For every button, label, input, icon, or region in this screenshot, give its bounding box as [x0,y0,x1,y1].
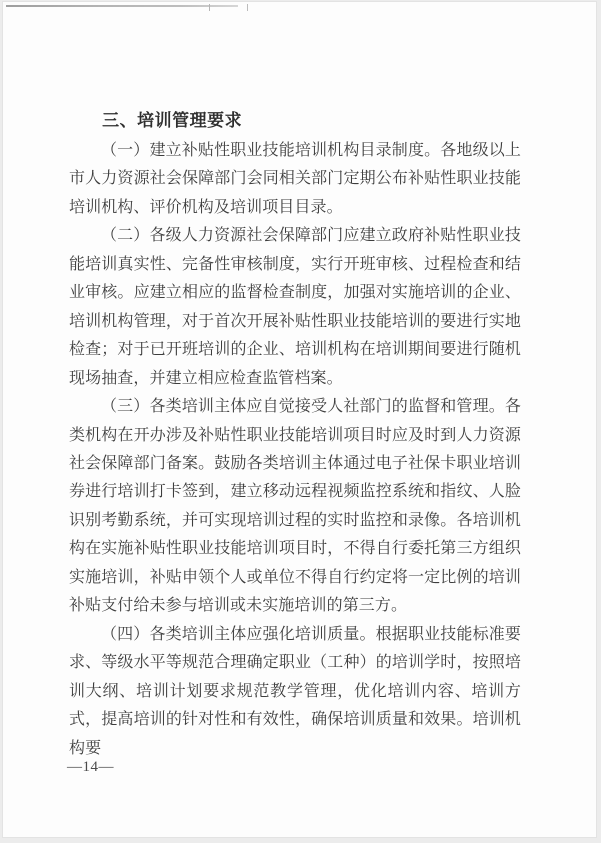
scan-artifact-tick [209,4,210,11]
paragraph-3: （三）各类培训主体应自觉接受人社部门的监督和管理。各类机构在开办涉及补贴性职业技… [69,393,521,621]
section-heading: 三、培训管理要求 [69,105,521,137]
scan-artifact-line [6,5,238,7]
document-content: 三、培训管理要求 （一）建立补贴性职业技能培训机构目录制度。各地级以上市人力资源… [69,105,521,763]
paragraph-4: （四）各类培训主体应强化培训质量。根据职业技能标准要求、等级水平等规范合理确定职… [69,621,521,763]
scanned-document-canvas: 三、培训管理要求 （一）建立补贴性职业技能培训机构目录制度。各地级以上市人力资源… [0,0,601,843]
scan-artifact-tick [247,4,248,11]
page-number: —14— [67,759,114,776]
paragraph-2: （二）各级人力资源社会保障部门应建立政府补贴性职业技能培训真实性、完备性审核制度… [69,222,521,393]
paragraph-1: （一）建立补贴性职业技能培训机构目录制度。各地级以上市人力资源社会保障部门会同相… [69,137,521,222]
document-page: 三、培训管理要求 （一）建立补贴性职业技能培训机构目录制度。各地级以上市人力资源… [2,1,597,838]
